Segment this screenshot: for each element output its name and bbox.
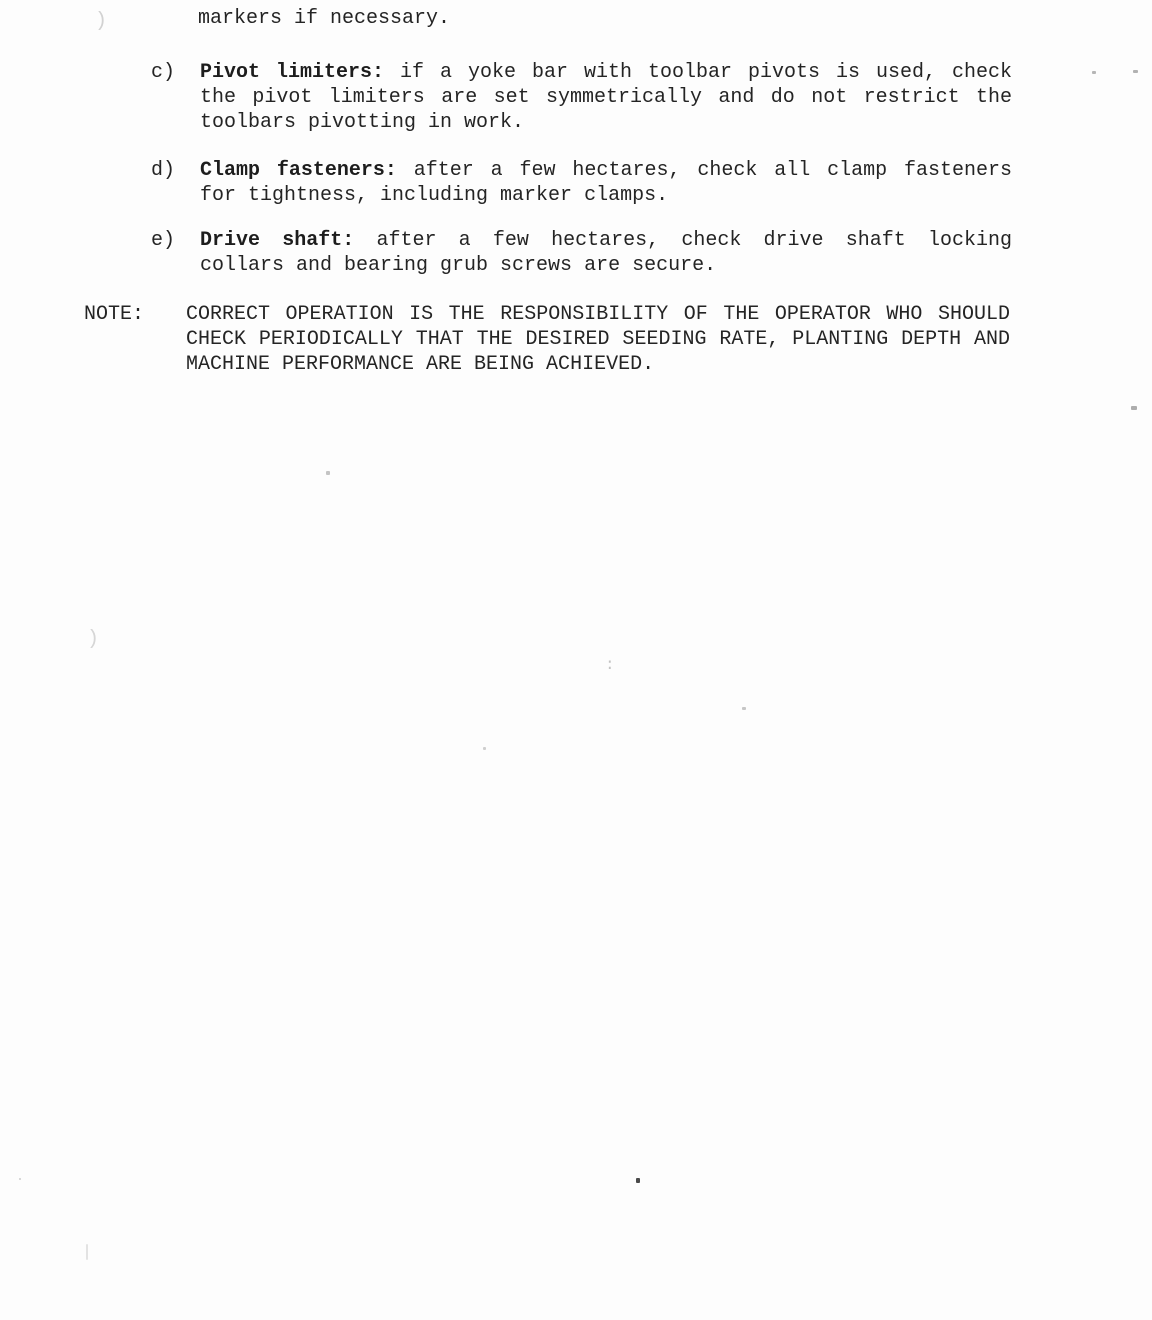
item-content: Pivot limiters: if a yoke bar with toolb… [200, 60, 1012, 135]
item-heading-rest: after a few hectares, check drive shaft … [354, 229, 1012, 252]
scan-artifact-dot [326, 471, 330, 475]
note-line: CORRECT OPERATION IS THE RESPONSIBILITY … [186, 302, 1010, 327]
note-line: CHECK PERIODICALLY THAT THE DESIRED SEED… [186, 327, 1010, 352]
item-text-line: the pivot limiters are set symmetrically… [200, 85, 1012, 110]
scan-artifact-dot [483, 747, 486, 750]
scan-artifact-dot [19, 1178, 21, 1180]
note-line: MACHINE PERFORMANCE ARE BEING ACHIEVED. [186, 352, 1010, 377]
item-text-line: Pivot limiters: if a yoke bar with toolb… [200, 60, 1012, 85]
item-text-line: for tightness, including marker clamps. [200, 183, 1012, 208]
scan-artifact-dot [1131, 406, 1137, 410]
item-label: e) [151, 228, 175, 253]
scan-artifact-colon: : [605, 655, 615, 675]
scan-artifact-dot [86, 1244, 88, 1260]
item-heading: Pivot limiters: [200, 61, 384, 84]
scan-artifact-paren: ) [87, 630, 99, 650]
scan-artifact-dot [1133, 70, 1138, 73]
item-heading-rest: after a few hectares, check all clamp fa… [397, 159, 1012, 182]
item-heading: Drive shaft: [200, 229, 354, 252]
item-label: d) [151, 158, 175, 183]
item-content: Clamp fasteners: after a few hectares, c… [200, 158, 1012, 208]
note-label: NOTE: [84, 302, 144, 327]
item-text-line: Clamp fasteners: after a few hectares, c… [200, 158, 1012, 183]
scanned-document-page: markers if necessary. c) Pivot limiters:… [0, 0, 1152, 1320]
scan-artifact-dot [636, 1178, 640, 1183]
item-text-line: collars and bearing grub screws are secu… [200, 253, 1012, 278]
note-content: CORRECT OPERATION IS THE RESPONSIBILITY … [186, 302, 1010, 377]
item-label: c) [151, 60, 175, 85]
item-heading: Clamp fasteners: [200, 159, 397, 182]
scan-artifact-dot [742, 707, 746, 710]
scan-artifact-dot [1092, 71, 1096, 74]
item-content: Drive shaft: after a few hectares, check… [200, 228, 1012, 278]
intro-line: markers if necessary. [198, 6, 450, 31]
item-text-line: toolbars pivotting in work. [200, 110, 1012, 135]
item-text-line: Drive shaft: after a few hectares, check… [200, 228, 1012, 253]
scan-artifact-paren: ) [95, 12, 107, 32]
item-heading-rest: if a yoke bar with toolbar pivots is use… [384, 61, 1012, 84]
